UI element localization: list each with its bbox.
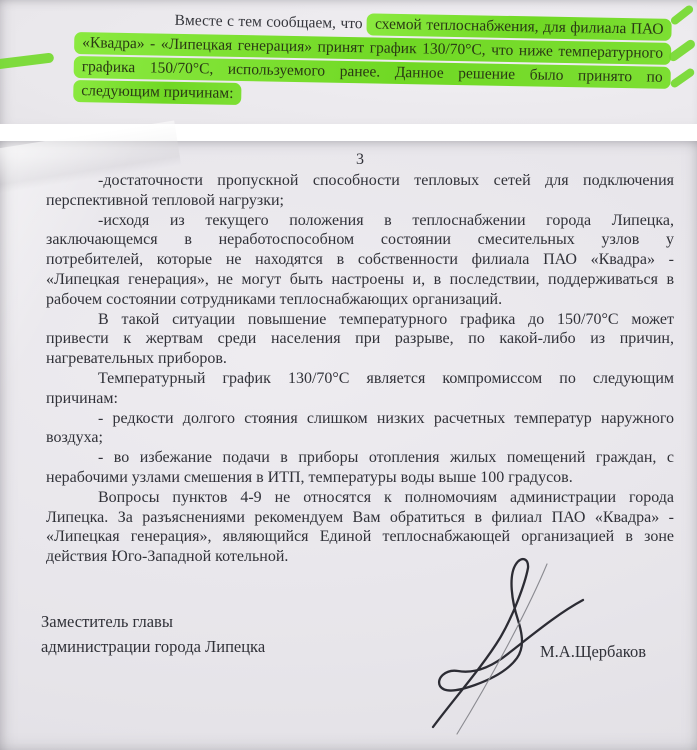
doc-line: -исходя из текущего положения в теплосна… [46,211,674,231]
doc-line: воздуха; [46,428,674,448]
doc-line: потребителей, которые не находятся в соб… [46,250,674,270]
marker-tail-icon [669,67,696,89]
doc-line: причинам: [46,389,674,409]
doc-line: -достаточности пропускной способности те… [46,171,674,191]
doc-line: привести к жертвам среди населения при р… [46,329,674,349]
doc-line: рабочем состоянии сотрудниками теплоснаб… [46,290,674,310]
doc-line: - во избежание подачи в приборы отоплени… [46,448,674,468]
doc-line: - редкости долгого стояния слишком низки… [46,409,674,429]
doc-line: Температурный график 130/70°С является к… [46,369,674,389]
snippet-text-block: Вместе с тем сообщаем, что схемой теплос… [73,0,672,114]
signer-position: Заместитель главы администрации города Л… [41,609,265,659]
scan-gap [0,124,697,141]
scan-letter-body: 3 -достаточности пропускной способности … [0,141,697,750]
doc-line: Вопросы пунктов 4-9 не относятся к полно… [46,488,674,508]
doc-line: нагревательных приборов. [46,349,674,369]
doc-line: заключающемся в неработоспособном состоя… [46,230,674,250]
page-number: 3 [46,149,674,171]
signer-name: М.А.Щербаков [540,642,646,662]
doc-line: «Липецкая генерация», не могут быть наст… [46,270,674,290]
marker-tail-icon [0,52,54,69]
signer-position-line-1: Заместитель главы [41,609,265,634]
snippet-line-1-normal: Вместе с тем сообщаем, что [174,12,362,32]
doc-line: В такой ситуации повышение температурног… [46,310,674,330]
doc-line: Липецка. За разъяснениями рекомендуем Ва… [46,508,674,528]
signer-position-line-2: администрации города Липецка [41,634,265,659]
doc-line: нерабочими узлами смешения в ИТП, темпер… [46,468,674,488]
marker-tail-icon [667,38,697,63]
doc-line: «Липецкая генерация», являющийся Единой … [46,527,674,547]
doc-line: перспективной тепловой нагрузки; [46,191,674,211]
scan-top-snippet: Вместе с тем сообщаем, что схемой теплос… [0,0,697,124]
signature-block: Заместитель главы администрации города Л… [46,597,674,747]
scanned-letter-page: Вместе с тем сообщаем, что схемой теплос… [0,0,697,750]
marker-tail-icon [669,4,694,26]
